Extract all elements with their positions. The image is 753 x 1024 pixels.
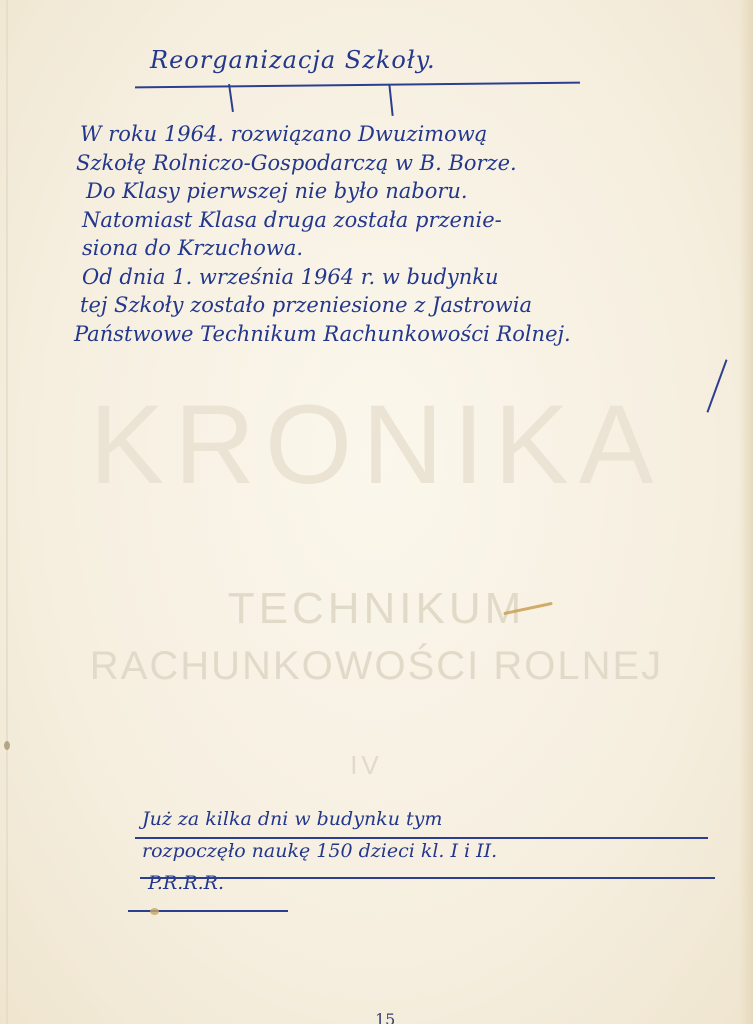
page-number: 15	[375, 1010, 395, 1024]
body-line: Natomiast Klasa druga została przenie-	[68, 206, 748, 235]
note-line: P.R.R.R.	[128, 868, 718, 900]
footnote: Już za kilka dni w budynku tym rozpoczęł…	[128, 804, 718, 900]
pen-stroke	[388, 84, 393, 116]
show-through-line1: TECHNIKUM	[0, 584, 753, 634]
paper-stain	[150, 908, 159, 915]
note-rule	[135, 837, 708, 839]
show-through-line3: IV	[0, 750, 743, 781]
body-line: siona do Krzuchowa.	[68, 234, 748, 263]
show-through-line2: RACHUNKOWOŚCI ROLNEJ	[0, 644, 753, 689]
title-underline	[135, 82, 580, 89]
body-line: Do Klasy pierwszej nie było naboru.	[68, 177, 748, 206]
pen-stroke	[228, 84, 234, 112]
note-line: Już za kilka dni w budynku tym	[128, 804, 718, 836]
page-title: Reorganizacja Szkoły.	[150, 46, 436, 74]
body-paragraph: W roku 1964. rozwiązano Dwuzimową Szkołę…	[68, 120, 748, 348]
body-line: Szkołę Rolniczo-Gospodarczą w B. Borze.	[68, 149, 748, 178]
body-line: Państwowe Technikum Rachunkowości Rolnej…	[68, 320, 748, 349]
show-through-title: KRONIKA	[0, 380, 753, 509]
note-rule	[140, 877, 715, 879]
page-edge	[6, 0, 8, 1024]
body-line: W roku 1964. rozwiązano Dwuzimową	[68, 120, 748, 149]
note-line: rozpoczęło naukę 150 dzieci kl. I i II.	[128, 836, 718, 868]
body-line: tej Szkoły zostało przeniesione z Jastro…	[68, 291, 748, 320]
binding-hole	[4, 741, 10, 750]
body-line: Od dnia 1. września 1964 r. w budynku	[68, 263, 748, 292]
